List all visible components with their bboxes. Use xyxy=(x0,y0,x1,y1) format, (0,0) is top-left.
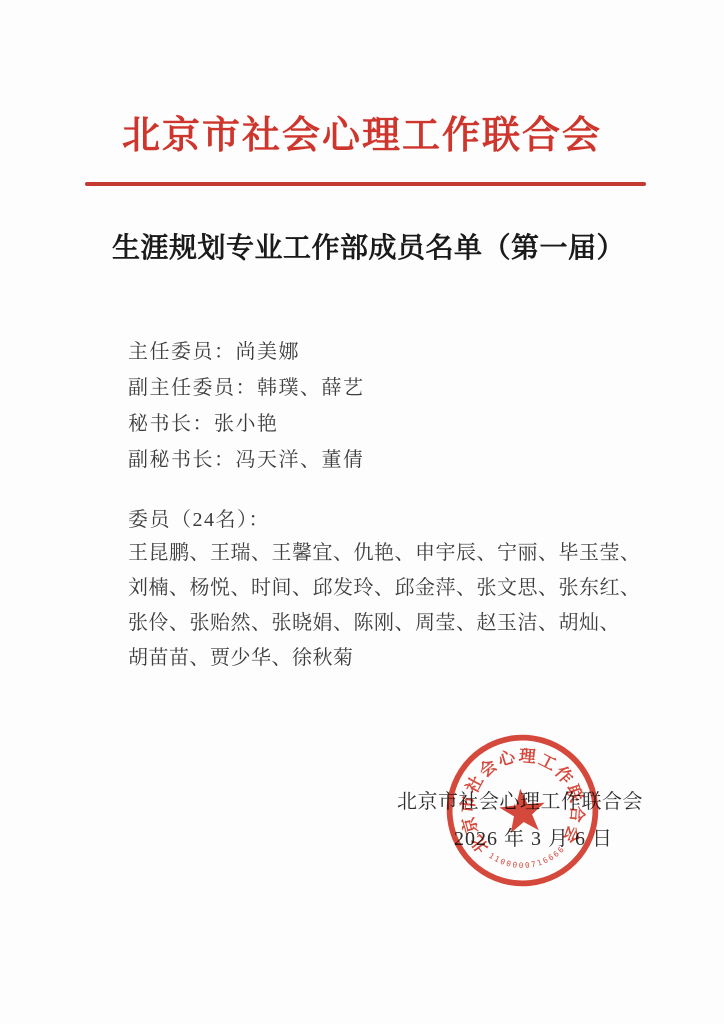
seal-arc-char: 心 xyxy=(495,746,518,770)
members-line: 胡苗苗、贾少华、徐秋菊 xyxy=(128,641,648,676)
members-line: 张伶、张贻然、张晓娟、陈刚、周莹、赵玉洁、胡灿、 xyxy=(128,606,648,641)
members-line: 王昆鹏、王瑞、王馨宜、仇艳、申宇辰、宁丽、毕玉莹、 xyxy=(128,536,648,571)
header-divider xyxy=(85,182,646,186)
seal-arc-char: 理 xyxy=(518,746,537,766)
seal-serial-number: 1100000716666 xyxy=(486,843,568,874)
members-line: 刘楠、杨悦、时间、邱发玲、邱金萍、张文思、张东红、 xyxy=(128,571,648,606)
seal-arc-char: 会 xyxy=(559,823,584,847)
seal-arc-char: 合 xyxy=(567,805,588,823)
document-page: 北京市社会心理工作联合会 生涯规划专业工作部成员名单（第一届） 主任委员：尚美娜… xyxy=(0,0,724,1024)
official-seal: 北 京 市 社 会 心 理 工 作 联 合 会 1100000716666 xyxy=(433,721,612,900)
seal-arc-char: 北 xyxy=(467,831,492,856)
roster-line-deputy-secretaries: 副秘书长：冯天洋、董倩 xyxy=(128,442,365,478)
document-title: 生涯规划专业工作部成员名单（第一届） xyxy=(112,226,625,266)
members-count-label: 委员（24名）： xyxy=(128,503,270,532)
roster-line-vice-chairs: 副主任委员：韩璞、薛艺 xyxy=(128,370,365,406)
star-icon xyxy=(497,786,547,834)
leadership-roster: 主任委员：尚美娜 副主任委员：韩璞、薛艺 秘书长：张小艳 副秘书长：冯天洋、董倩 xyxy=(128,334,365,478)
seal-arc-char: 京 xyxy=(458,814,482,836)
members-list: 王昆鹏、王瑞、王馨宜、仇艳、申宇辰、宁丽、毕玉莹、 刘楠、杨悦、时间、邱发玲、邱… xyxy=(128,536,648,676)
svg-text:1100000716666: 1100000716666 xyxy=(486,843,568,874)
roster-line-secretary-general: 秘书长：张小艳 xyxy=(128,406,365,442)
roster-line-chair: 主任委员：尚美娜 xyxy=(128,334,365,370)
seal-arc-char: 市 xyxy=(457,795,479,814)
organization-title: 北京市社会心理工作联合会 xyxy=(0,104,724,159)
seal-arc-char: 联 xyxy=(562,782,586,804)
